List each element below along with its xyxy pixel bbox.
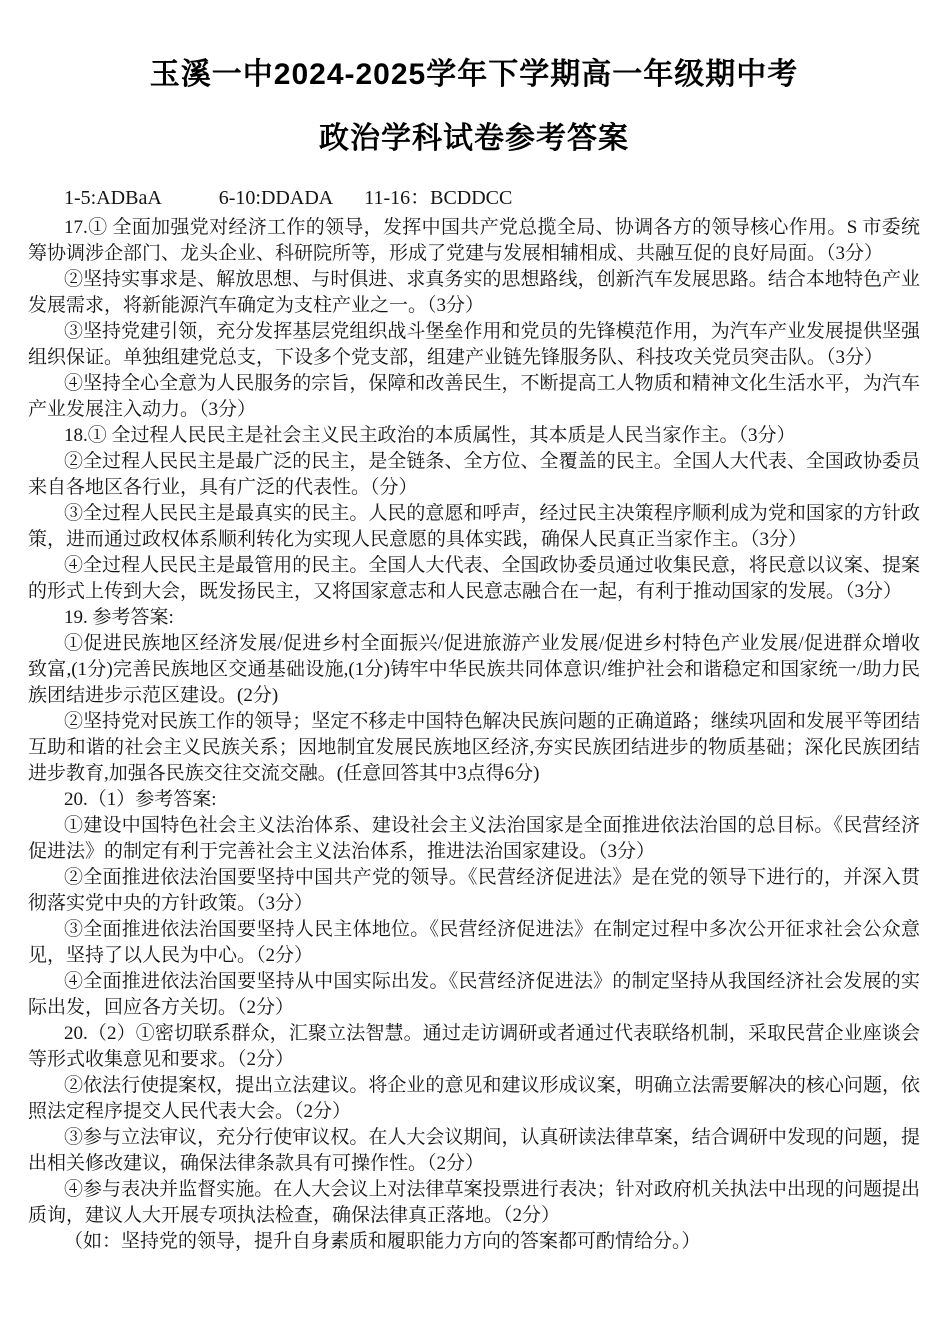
answer-group-6-10: 6-10:DDADA xyxy=(219,185,333,211)
para-q18-point3: ③全过程人民民主是最真实的民主。人民的意愿和呼声，经过民主决策程序顺利成为党和国… xyxy=(28,501,920,553)
para-q19-point2: ②坚持党对民族工作的领导；坚定不移走中国特色解决民族问题的正确道路；继续巩固和发… xyxy=(28,709,920,787)
para-q19-point1: ①促进民族地区经济发展/促进乡村全面振兴/促进旅游产业发展/促进乡村特色产业发展… xyxy=(28,631,920,709)
para-q17-point2: ②坚持实事求是、解放思想、与时俱进、求真务实的思想路线，创新汽车发展思路。结合本… xyxy=(28,267,920,319)
grading-note: （如：坚持党的领导，提升自身素质和履职能力方向的答案都可酌情给分。） xyxy=(28,1229,920,1255)
para-q17-point4: ④坚持全心全意为人民服务的宗旨，保障和改善民生，不断提高工人物质和精神文化生活水… xyxy=(28,371,920,423)
para-q20-2-point2: ②依法行使提案权，提出立法建议。将企业的意见和建议形成议案，明确立法需要解决的核… xyxy=(28,1073,920,1125)
objective-answer-key: 1-5:ADBaA 6-10:DDADA 11-16：BCDDCC xyxy=(28,185,920,211)
para-q20-1-point1: ①建设中国特色社会主义法治体系、建设社会主义法治国家是全面推进依法治国的总目标。… xyxy=(28,813,920,865)
para-q20-1-point3: ③全面推进依法治国要坚持人民主体地位。《民营经济促进法》在制定过程中多次公开征求… xyxy=(28,917,920,969)
para-q20-2-point4: ④参与表决并监督实施。在人大会议上对法律草案投票进行表决；针对政府机关执法中出现… xyxy=(28,1177,920,1229)
para-q20-1-point4: ④全面推进依法治国要坚持从中国实际出发。《民营经济促进法》的制定坚持从我国经济社… xyxy=(28,969,920,1021)
heading-q20-1-reference-answer: 20.（1）参考答案: xyxy=(28,787,920,813)
answer-group-11-16: 11-16：BCDDCC xyxy=(364,185,512,211)
document-subtitle: 政治学科试卷参考答案 xyxy=(28,119,920,159)
para-q20-2-point3: ③参与立法审议，充分行使审议权。在人大会议期间，认真研读法律草案，结合调研中发现… xyxy=(28,1125,920,1177)
para-q18-point2: ②全过程人民民主是最广泛的民主，是全链条、全方位、全覆盖的民主。全国人大代表、全… xyxy=(28,449,920,501)
answer-group-1-5: 1-5:ADBaA xyxy=(64,185,162,211)
subjective-answers-section: 17.① 全面加强党对经济工作的领导，发挥中国共产党总揽全局、协调各方的领导核心… xyxy=(28,215,920,1255)
heading-q19-reference-answer: 19. 参考答案: xyxy=(28,605,920,631)
para-q17-point1: 17.① 全面加强党对经济工作的领导，发挥中国共产党总揽全局、协调各方的领导核心… xyxy=(28,215,920,267)
para-q18-point1: 18.① 全过程人民民主是社会主义民主政治的本质属性，其本质是人民当家作主。（3… xyxy=(28,423,920,449)
para-q20-1-point2: ②全面推进依法治国要坚持中国共产党的领导。《民营经济促进法》是在党的领导下进行的… xyxy=(28,865,920,917)
document-title: 玉溪一中2024-2025学年下学期高一年级期中考 xyxy=(28,55,920,95)
para-q18-point4: ④全过程人民民主是最管用的民主。全国人大代表、全国政协委员通过收集民意，将民意以… xyxy=(28,553,920,605)
para-q20-2-point1: 20.（2）①密切联系群众，汇聚立法智慧。通过走访调研或者通过代表联络机制，采取… xyxy=(28,1021,920,1073)
exam-answer-sheet-page: 玉溪一中2024-2025学年下学期高一年级期中考 政治学科试卷参考答案 1-5… xyxy=(0,0,950,1344)
para-q17-point3: ③坚持党建引领，充分发挥基层党组织战斗堡垒作用和党员的先锋模范作用，为汽车产业发… xyxy=(28,319,920,371)
